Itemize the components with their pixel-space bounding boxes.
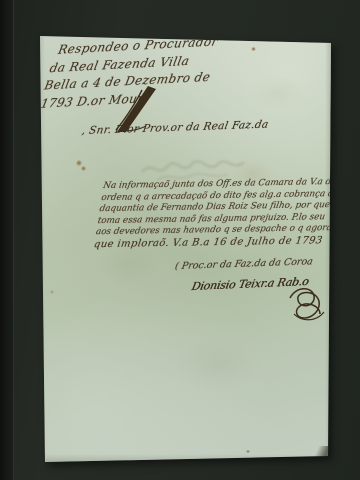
paper: Respondeo o Procurador da Real Fazenda V… — [38, 34, 334, 464]
stain-spot — [50, 290, 54, 294]
body-paragraph: Na informaçaõ junta dos Off.es da Camara… — [93, 176, 360, 250]
salutation-line: , Snr. D.or Prov.or da Real Faz.da — [81, 118, 270, 137]
stain-spot — [76, 160, 82, 166]
binding-strip — [0, 0, 14, 480]
signature-rubric-icon — [286, 284, 328, 326]
paper-shadow: Respondeo o Procurador da Real Fazenda V… — [38, 34, 334, 464]
stain-spot — [81, 166, 86, 171]
photo-stage: Respondeo o Procurador da Real Fazenda V… — [0, 0, 360, 480]
stain-spot — [246, 450, 250, 453]
closing-line: ( Proc.or da Faz.da da Coroa — [174, 256, 314, 272]
stain-spot — [251, 47, 256, 51]
corner-fold — [310, 446, 330, 458]
